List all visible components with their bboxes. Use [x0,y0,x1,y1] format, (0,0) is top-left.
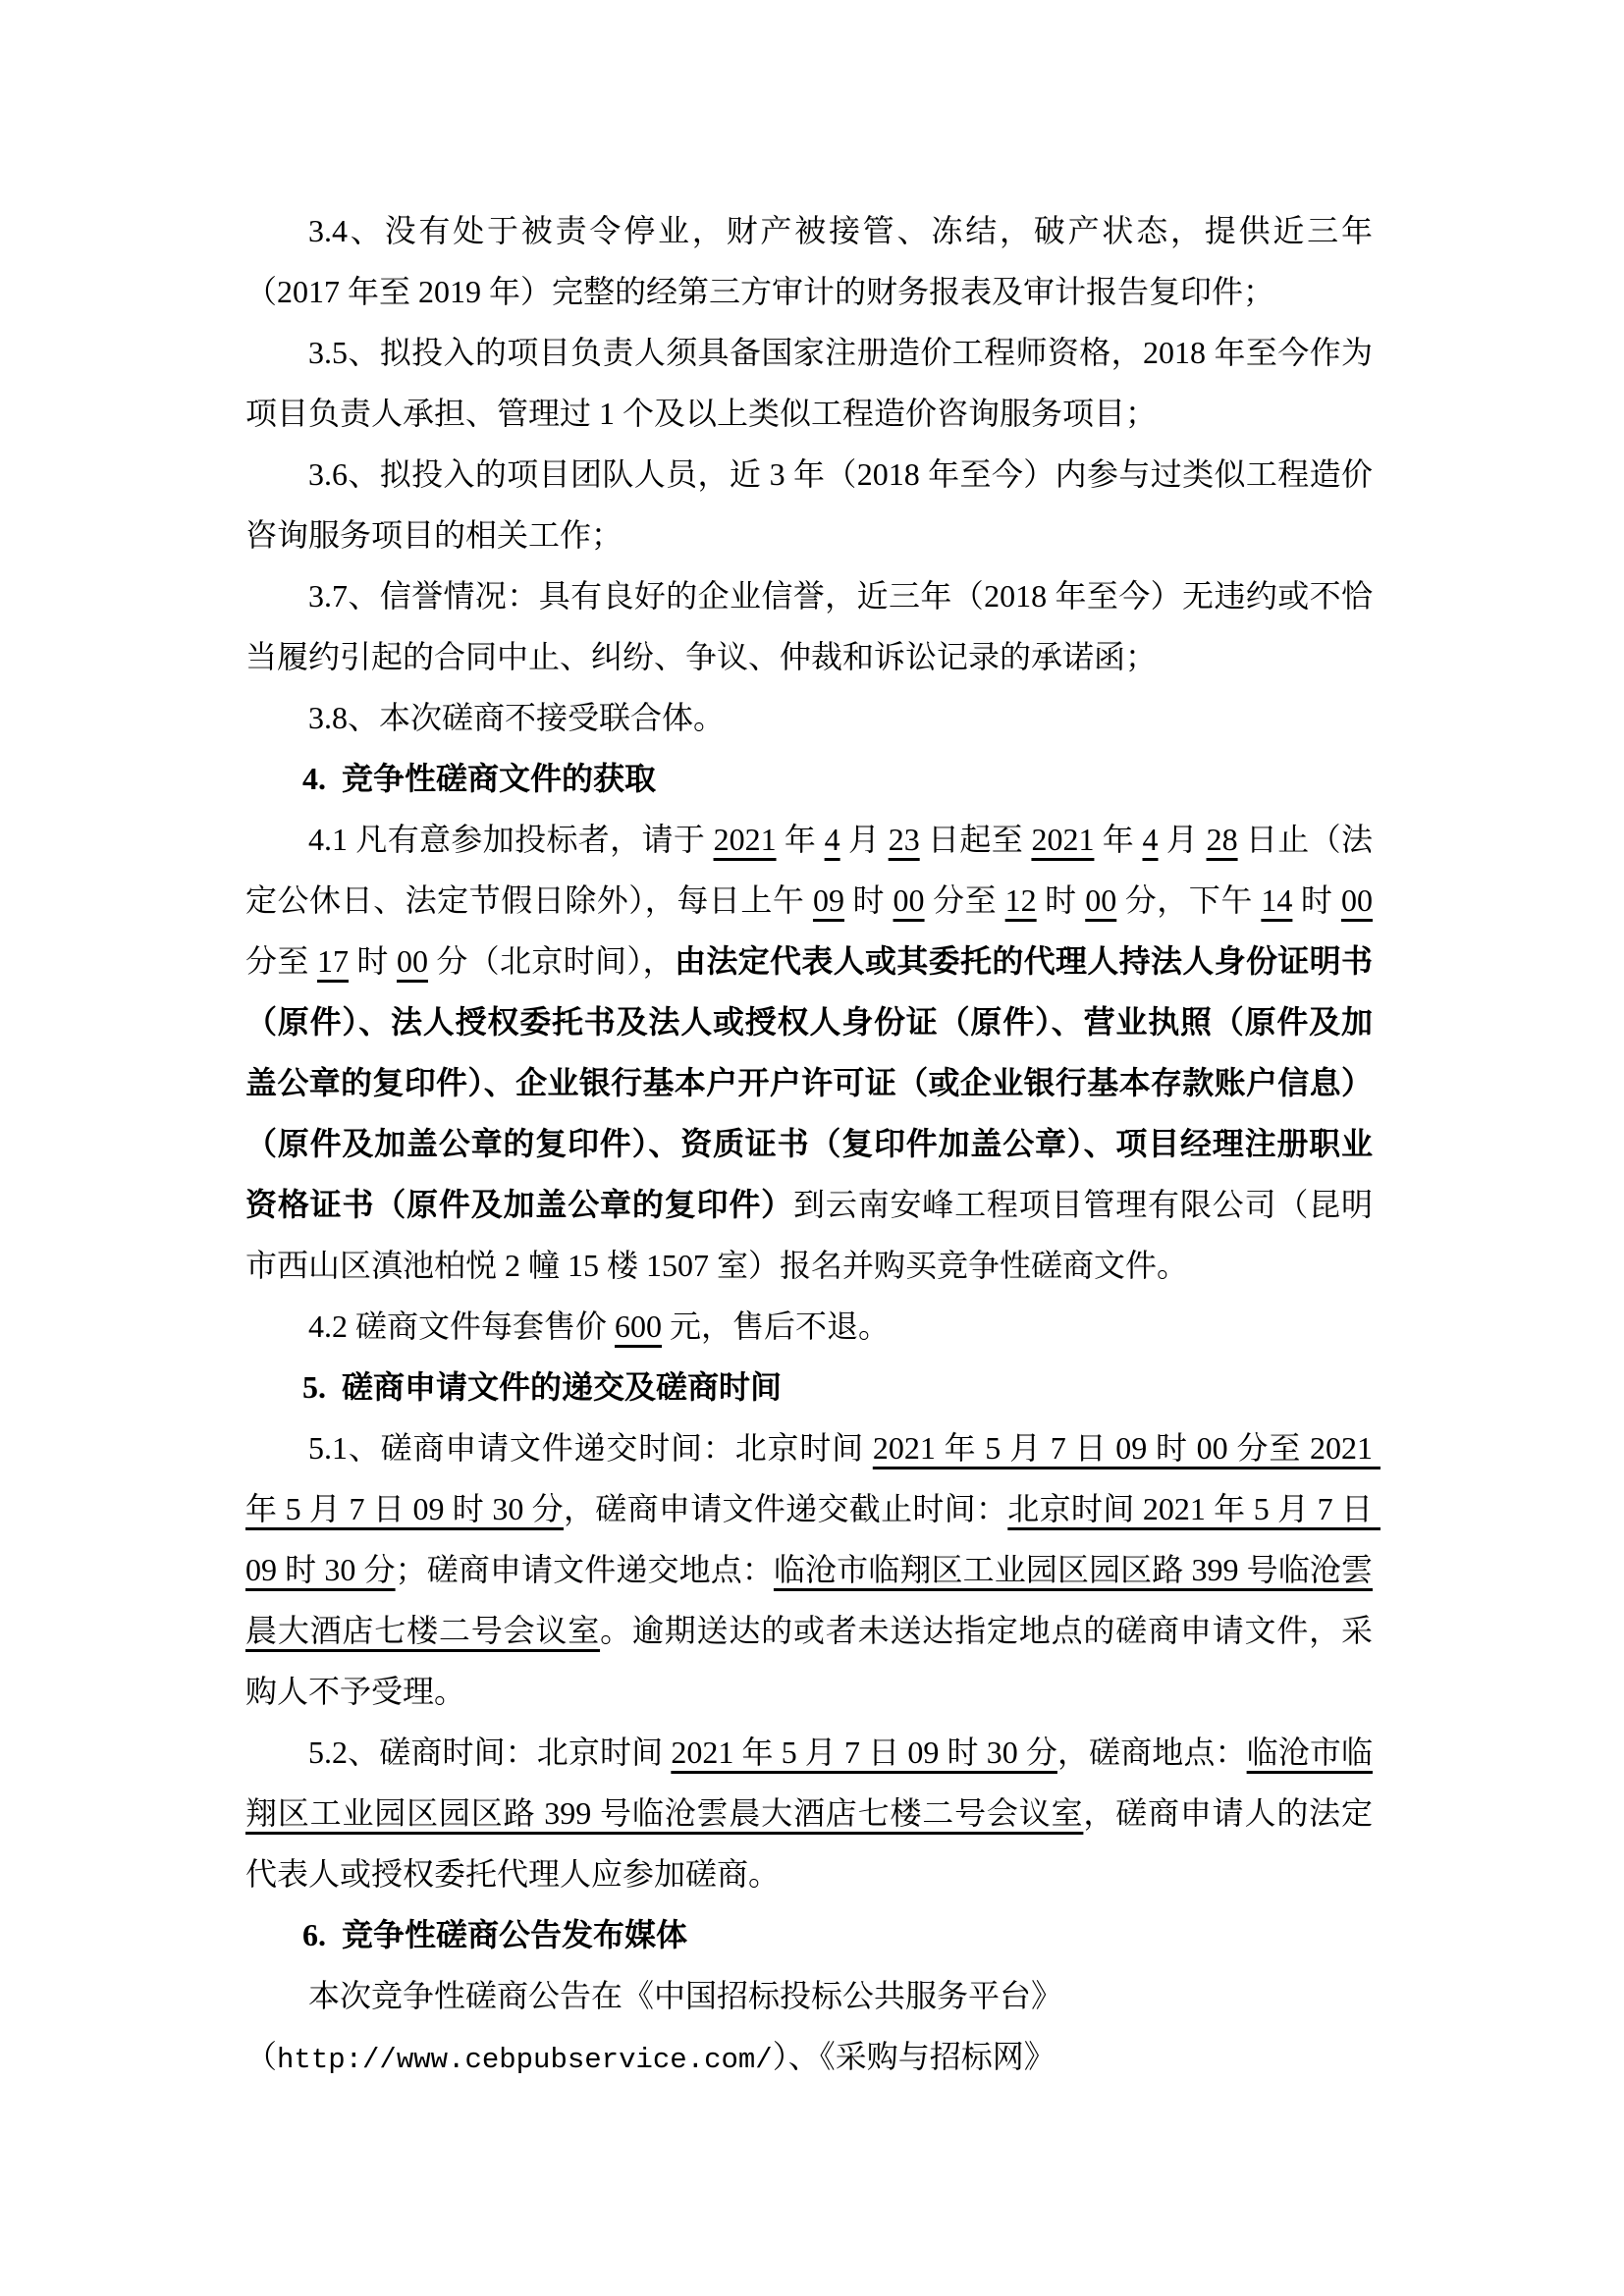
text-run: 3.8、本次磋商不接受联合体。 [308,700,725,735]
underlined-text: 4 [825,822,840,857]
bold-text: 5. 磋商申请文件的递交及磋商时间 [302,1369,782,1405]
paragraph: 4.2 磋商文件每套售价 600 元，售后不退。 [245,1296,1373,1357]
underlined-text: 00 [397,943,428,979]
text-run: 月 [840,822,889,857]
paragraph: 5.1、磋商申请文件递交时间：北京时间 2021 年 5 月 7 日 09 时 … [245,1417,1373,1722]
text-run: 年 [1094,822,1142,857]
text-run: 5.1、磋商申请文件递交时间：北京时间 [308,1430,873,1466]
underlined-text: 2021 年 5 月 7 日 09 时 30 分 [671,1735,1057,1770]
text-run: 4.1 凡有意参加投标者，请于 [308,822,714,857]
text-run: 4.2 磋商文件每套售价 [308,1308,615,1344]
section-heading: 5. 磋商申请文件的递交及磋商时间 [245,1357,1373,1417]
text-run: 5.2、磋商时间：北京时间 [308,1735,671,1770]
paragraph: 3.8、本次磋商不接受联合体。 [245,687,1373,748]
underlined-text: 12 [1005,882,1037,918]
underlined-text: 23 [889,822,920,857]
section-heading: 4. 竞争性磋商文件的获取 [245,748,1373,809]
paragraph: 4.1 凡有意参加投标者，请于 2021 年 4 月 23 日起至 2021 年… [245,809,1373,1296]
text-run: ，磋商地点： [1057,1735,1247,1770]
underlined-text: 14 [1261,882,1292,918]
url-text: http://www.cebpubservice.com/ [277,2044,773,2076]
underlined-text: 4 [1143,822,1159,857]
paragraph: 3.5、拟投入的项目负责人须具备国家注册造价工程师资格，2018 年至今作为项目… [245,322,1373,444]
underlined-text: 00 [893,882,925,918]
document-page: 3.4、没有处于被责令停业，财产被接管、冻结，破产状态，提供近三年（2017 年… [0,0,1624,2296]
underlined-text: 00 [1085,882,1116,918]
text-run: 分，下午 [1116,882,1261,918]
text-run: 3.6、拟投入的项目团队人员，近 3 年（2018 年至今）内参与过类似工程造价… [245,456,1373,553]
bold-text: 6. 竞争性磋商公告发布媒体 [302,1917,687,1952]
text-run: 时 [844,882,893,918]
text-run: 时 [1037,882,1086,918]
text-run: 时 [1292,882,1341,918]
underlined-text: 28 [1207,822,1238,857]
text-run: 时 [349,943,397,979]
text-run: 元，售后不退。 [662,1308,890,1344]
underlined-text: 00 [1341,882,1373,918]
text-run: 3.5、拟投入的项目负责人须具备国家注册造价工程师资格，2018 年至今作为项目… [245,335,1373,431]
bold-text: 由法定代表人或其委托的代理人持法人身份证明书（原件）、法人授权委托书及法人或授权… [245,943,1373,1222]
text-run: ；磋商申请文件递交地点： [396,1552,774,1587]
text-run: 日起至 [920,822,1032,857]
text-run: 3.7、信誉情况：具有良好的企业信誉，近三年（2018 年至今）无违约或不恰当履… [245,578,1373,674]
paragraph: 5.2、磋商时间：北京时间 2021 年 5 月 7 日 09 时 30 分，磋… [245,1722,1373,1904]
text-run: （ [245,2039,277,2074]
underlined-text: 600 [615,1308,662,1344]
paragraph: 3.6、拟投入的项目团队人员，近 3 年（2018 年至今）内参与过类似工程造价… [245,444,1373,565]
paragraph: 3.4、没有处于被责令停业，财产被接管、冻结，破产状态，提供近三年（2017 年… [245,200,1373,322]
underlined-text: 17 [317,943,349,979]
bold-text: 4. 竞争性磋商文件的获取 [302,761,656,796]
paragraph: 3.7、信誉情况：具有良好的企业信誉，近三年（2018 年至今）无违约或不恰当履… [245,565,1373,687]
underlined-text: 2021 [714,822,777,857]
text-run: 3.4、没有处于被责令停业，财产被接管、冻结，破产状态，提供近三年（2017 年… [245,213,1373,309]
text-run: 分（北京时间）， [428,943,675,979]
text-run: 分至 [925,882,1005,918]
text-run: ，磋商申请文件递交截止时间： [564,1491,1007,1526]
text-run: 月 [1159,822,1207,857]
text-run: 年 [777,822,825,857]
paragraph: （http://www.cebpubservice.com/）、《采购与招标网》 [245,2026,1373,2091]
underlined-text: 2021 [1031,822,1094,857]
paragraph: 本次竞争性磋商公告在《中国招标投标公共服务平台》 [245,1965,1373,2026]
document-body: 3.4、没有处于被责令停业，财产被接管、冻结，破产状态，提供近三年（2017 年… [245,200,1373,2091]
underlined-text: 09 [813,882,844,918]
text-run: 本次竞争性磋商公告在《中国招标投标公共服务平台》 [308,1978,1062,2013]
section-heading: 6. 竞争性磋商公告发布媒体 [245,1904,1373,1965]
text-run: ）、《采购与招标网》 [773,2039,1056,2074]
